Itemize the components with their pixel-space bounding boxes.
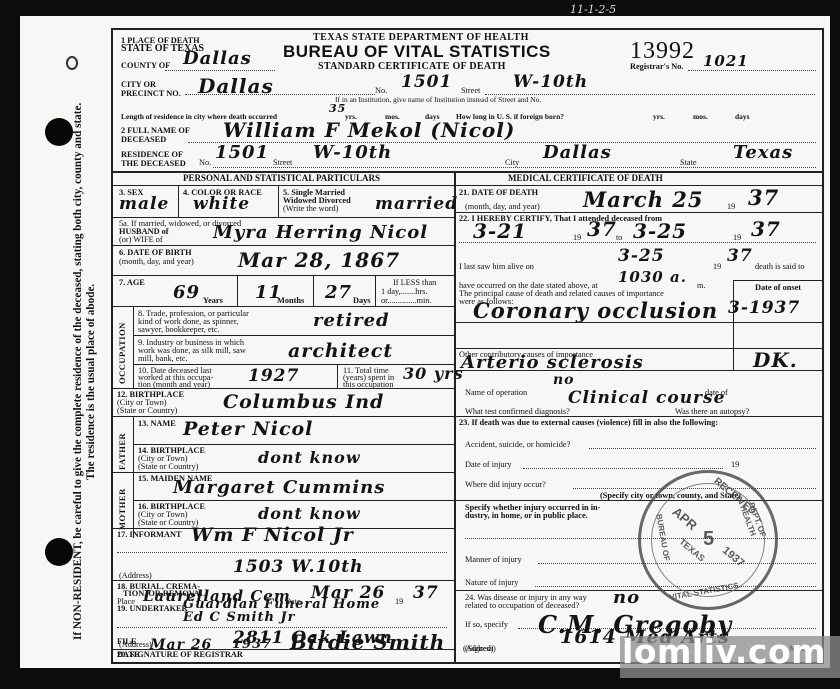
father-bp-value: dont know <box>258 448 361 467</box>
from-year-prefix: 19 <box>573 233 581 242</box>
industry-value: architect <box>288 340 393 362</box>
spouse-label-3: (or) WIFE of <box>119 235 163 244</box>
side-instruction: If NON-RESIDENT, be careful to give the … <box>72 103 98 640</box>
res-no-label: No. <box>199 158 211 167</box>
accident-label: Accident, suicide, or homicide? <box>465 440 570 449</box>
mother-vertical-label: MOTHER <box>117 488 127 530</box>
age-years-value: 69 <box>173 282 200 303</box>
residence-years-value: 35 <box>329 102 346 115</box>
res-street-value: W-10th <box>313 142 392 163</box>
age-label: 7. AGE <box>119 278 145 287</box>
place-street-value: W-10th <box>513 72 588 92</box>
specify-label: If so, specify <box>465 620 508 629</box>
deceased-name: William F Mekol (Nicol) <box>223 118 515 142</box>
county-line <box>165 70 275 71</box>
last-saw-label: I last saw him alive on <box>459 262 534 271</box>
file-date-value: Mar 26 <box>150 637 212 653</box>
nature-label: Nature of injury <box>465 578 518 587</box>
res-street-label: Street <box>273 158 292 167</box>
physician-address-label: (Address) <box>463 644 496 653</box>
mother-name-value: Margaret Cummins <box>173 477 385 498</box>
dod-year-prefix: 19 <box>727 202 735 211</box>
father-name-label: 13. NAME <box>138 419 176 428</box>
father-bp-label-3: (State or Country) <box>138 462 198 471</box>
name-line <box>188 142 816 143</box>
spouse-value: Myra Herring Nicol <box>213 222 428 243</box>
registrar-signature: Birdie Smith <box>290 630 445 654</box>
certificate-number: 13992 <box>630 38 695 65</box>
operation-value: no <box>553 372 575 388</box>
res-city-label: City <box>505 158 519 167</box>
res-state-value: Texas <box>733 142 793 163</box>
undertaker-label: 19. UNDERTAKER <box>117 604 188 613</box>
registrar-no-label: Registrar's No. <box>630 62 683 71</box>
last-saw-year: 37 <box>727 246 753 266</box>
marital-value: married <box>375 194 458 214</box>
dod-label-1: 21. DATE OF DEATH <box>459 188 538 197</box>
informant-address-value: 1503 W.10th <box>233 557 363 577</box>
last-worked-value: 1927 <box>248 366 299 386</box>
burial-year-prefix: 19 <box>395 597 403 606</box>
county-label: COUNTY OF <box>121 61 170 70</box>
file-label: FILE <box>117 637 136 646</box>
county-value: Dallas <box>183 48 252 69</box>
file-year-value: 1937 <box>232 637 272 652</box>
punch-hole-small <box>66 56 78 70</box>
dob-label-2: (month, day, and year) <box>119 257 194 266</box>
operation-label: Name of operation <box>465 388 527 397</box>
days-label-age: Days <box>353 296 371 305</box>
foreign-mos-label: mos. <box>693 113 708 121</box>
res-city-value: Dallas <box>543 142 612 163</box>
bureau-title: BUREAU OF VITAL STATISTICS <box>283 42 551 62</box>
manner-label: Manner of injury <box>465 555 522 564</box>
color-value: white <box>193 194 250 214</box>
marital-label-3: (Write the word) <box>283 204 338 213</box>
informant-value: Wm F Nicol Jr <box>191 524 354 546</box>
last-saw-year-prefix: 19 <box>713 262 721 271</box>
undertaker-value-2: Ed C Smith Jr <box>183 610 295 625</box>
cause-value: Coronary occlusion <box>473 298 718 323</box>
dod-year-value: 37 <box>748 185 779 210</box>
medical-section-title: MEDICAL CERTIFICATE OF DEATH <box>508 174 663 183</box>
res-state-label: State <box>680 158 697 167</box>
to-year-prefix: 19 <box>733 233 741 242</box>
birthplace-value: Columbus Ind <box>223 391 384 413</box>
m-label: m. <box>697 281 706 290</box>
onset-label: Date of onset <box>753 283 803 292</box>
test-label: What test confirmed diagnosis? <box>465 407 570 416</box>
injury-year-prefix: 19 <box>731 460 739 469</box>
father-vertical-label: FATHER <box>117 433 127 470</box>
informant-label: 17. INFORMANT <box>117 530 182 539</box>
residence-line <box>213 167 816 168</box>
dob-label-1: 6. DATE OF BIRTH <box>119 248 192 257</box>
test-value: Clinical course <box>568 388 725 408</box>
attended-to-year: 37 <box>751 217 781 241</box>
autopsy-label: Was there an autopsy? <box>675 407 749 416</box>
place-no-value: 1501 <box>401 72 452 92</box>
personal-section-title: PERSONAL AND STATISTICAL PARTICULARS <box>183 174 380 183</box>
dob-value: Mar 28, 1867 <box>238 248 400 272</box>
attended-from-value: 3-21 <box>473 219 527 243</box>
occupation-vertical-label: OCCUPATION <box>117 322 127 384</box>
foreign-days-label: days <box>735 113 750 121</box>
city-label: CITY OR PRECINCT NO. <box>121 80 181 98</box>
institution-note: If in an Institution, give name of Insti… <box>335 96 541 104</box>
mother-bp-label-3: (State or Country) <box>138 518 198 527</box>
side-instruction-line1: If NON-RESIDENT, be careful to give the … <box>72 103 85 640</box>
res-no-value: 1501 <box>215 142 269 163</box>
stamp-day: 5 <box>703 528 714 551</box>
attended-to-value: 3-25 <box>633 219 687 243</box>
attended-from-year: 37 <box>587 217 617 241</box>
birthplace-label-3: (State or Country) <box>117 406 177 415</box>
certificate-title: STANDARD CERTIFICATE OF DEATH <box>318 61 506 72</box>
months-label: Months <box>277 296 304 305</box>
top-annotation: 11-1-2-5 <box>570 3 616 16</box>
years-label: Years <box>203 296 223 305</box>
age-days-value: 27 <box>325 282 352 303</box>
less-label-3: or..............min. <box>381 296 431 305</box>
sex-value: male <box>119 194 169 214</box>
death-said-label: death is said to <box>755 262 805 271</box>
residence-label: RESIDENCE OF THE DECEASED <box>121 150 201 168</box>
occupation-related-label-2: related to occupation of deceased? <box>465 601 579 610</box>
watermark: lomliv.com <box>620 636 840 678</box>
to-label: to <box>616 233 622 242</box>
external-causes-label: 23. If death was due to external causes … <box>459 418 718 427</box>
punch-hole-bottom <box>45 538 73 566</box>
dod-label-2: (month, day, and year) <box>465 202 540 211</box>
registrar-no-value: 1021 <box>703 52 749 70</box>
place-street-label: Street <box>461 86 480 95</box>
registrar-no-line <box>688 70 816 71</box>
total-time-value: 30 yrs <box>403 364 464 383</box>
occupation-related-value: no <box>613 587 640 608</box>
trade-value: retired <box>313 310 390 331</box>
punch-hole-top <box>45 118 73 146</box>
industry-label-3: mill, bank, etc. <box>138 354 188 363</box>
mother-bp-value: dont know <box>258 504 361 523</box>
trade-label-3: sawyer, bookkeeper, etc. <box>138 325 220 334</box>
less-label-2: 1 day,.......hrs. <box>381 287 427 296</box>
last-saw-value: 3-25 <box>618 246 665 266</box>
cause-onset-value: 3-1937 <box>728 298 800 318</box>
father-name-value: Peter Nicol <box>183 418 313 440</box>
file-date-label: DATE <box>117 650 139 659</box>
injury-place-label-2: dustry, in home, or in public place. <box>465 511 588 520</box>
less-label-1: If LESS than <box>393 278 436 287</box>
watermark-text: lomliv.com <box>622 632 826 671</box>
foreign-yrs-label: yrs. <box>653 113 665 121</box>
death-time-value: 1030 a. <box>618 268 687 286</box>
contributory-onset-value: DK. <box>753 348 798 372</box>
burial-year-value: 37 <box>413 583 439 603</box>
city-value: Dallas <box>198 74 274 98</box>
place-no-label: No. <box>375 86 387 95</box>
injury-date-label: Date of injury <box>465 460 512 469</box>
dod-value: March 25 <box>583 187 704 212</box>
received-stamp: RECEIVED APR 5 TEXAS 1937 BUREAU OF DEPT… <box>638 470 778 610</box>
injury-where-label: Where did injury occur? <box>465 480 546 489</box>
informant-address-label: (Address) <box>119 571 152 580</box>
side-instruction-line2: The residence is the usual place of abod… <box>85 103 98 640</box>
